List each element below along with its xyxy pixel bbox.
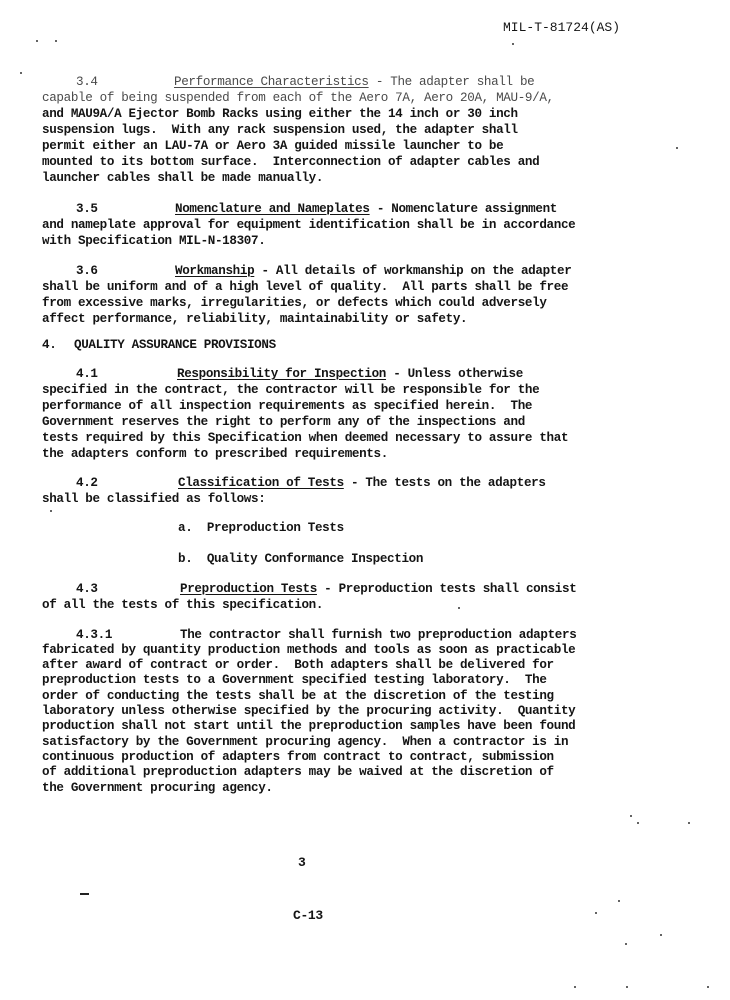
scan-speck bbox=[676, 147, 678, 149]
list-marker: b. bbox=[178, 552, 192, 566]
section-text: production shall not start until the pre… bbox=[42, 719, 575, 734]
scan-speck bbox=[625, 943, 627, 945]
section-text: launcher cables shall be made manually. bbox=[42, 171, 323, 186]
section-text: from excessive marks, irregularities, or… bbox=[42, 296, 547, 311]
section-text: and MAU9A/A Ejector Bomb Racks using eit… bbox=[42, 107, 518, 122]
section-number: 3.4 bbox=[76, 75, 98, 90]
scan-speck bbox=[630, 815, 632, 817]
section-text: of all the tests of this specification. bbox=[42, 598, 323, 613]
section-text: Government reserves the right to perform… bbox=[42, 415, 525, 430]
section-text: - The adapter shall be bbox=[369, 75, 535, 89]
section-number: 4.3 bbox=[76, 582, 98, 597]
section-text: - All details of workmanship on the adap… bbox=[254, 264, 571, 278]
section-text: shall be classified as follows: bbox=[42, 492, 265, 507]
section-text: continuous production of adapters from c… bbox=[42, 750, 554, 765]
section-text: the adapters conform to prescribed requi… bbox=[42, 447, 388, 462]
section-text: - The tests on the adapters bbox=[344, 476, 546, 490]
page-number: 3 bbox=[298, 855, 305, 870]
section-number: 4.2 bbox=[76, 476, 98, 491]
section-text: mounted to its bottom surface. Interconn… bbox=[42, 155, 539, 170]
scan-speck bbox=[637, 822, 639, 824]
section-title: Classification of Tests bbox=[178, 476, 344, 490]
scan-speck bbox=[618, 900, 620, 902]
section-number: 4.1 bbox=[76, 367, 98, 382]
scan-speck bbox=[458, 607, 460, 609]
section-title: Workmanship bbox=[175, 264, 254, 278]
document-id: MIL-T-81724(AS) bbox=[503, 20, 620, 35]
section-title: Preproduction Tests bbox=[180, 582, 317, 596]
section-text: suspension lugs. With any rack suspensio… bbox=[42, 123, 518, 138]
section-text: of additional preproduction adapters may… bbox=[42, 765, 554, 780]
section-text: permit either an LAU-7A or Aero 3A guide… bbox=[42, 139, 503, 154]
appendix-page-number: C-13 bbox=[293, 908, 323, 923]
scan-speck bbox=[50, 510, 52, 512]
section-text: - Preproduction tests shall consist bbox=[317, 582, 576, 596]
scan-mark bbox=[80, 893, 89, 895]
section-title: Responsibility for Inspection bbox=[177, 367, 386, 381]
scan-speck bbox=[20, 72, 22, 74]
section-text: - Unless otherwise bbox=[386, 367, 523, 381]
section-text: and nameplate approval for equipment ide… bbox=[42, 218, 575, 233]
scan-speck bbox=[574, 986, 576, 988]
section-text: tests required by this Specification whe… bbox=[42, 431, 568, 446]
list-item: a. Preproduction Tests bbox=[178, 521, 344, 536]
section-text: satisfactory by the Government procuring… bbox=[42, 735, 568, 750]
section-text: with Specification MIL-N-18307. bbox=[42, 234, 265, 249]
section-text: capable of being suspended from each of … bbox=[42, 91, 554, 106]
scan-speck bbox=[36, 40, 38, 42]
section-number: 4. bbox=[42, 338, 56, 353]
section-text: order of conducting the tests shall be a… bbox=[42, 689, 554, 704]
section-heading: QUALITY ASSURANCE PROVISIONS bbox=[74, 338, 276, 353]
scan-speck bbox=[55, 40, 57, 42]
section-number: 4.3.1 bbox=[76, 628, 112, 643]
scan-speck bbox=[660, 934, 662, 936]
scan-speck bbox=[595, 912, 597, 914]
list-marker: a. bbox=[178, 521, 192, 535]
section-text: The contractor shall furnish two preprod… bbox=[180, 628, 576, 643]
section-text: laboratory unless otherwise specified by… bbox=[42, 704, 575, 719]
section-title: Nomenclature and Nameplates bbox=[175, 202, 370, 216]
section-text: preproduction tests to a Government spec… bbox=[42, 673, 547, 688]
list-text: Quality Conformance Inspection bbox=[207, 552, 423, 566]
section-text: shall be uniform and of a high level of … bbox=[42, 280, 568, 295]
scan-speck bbox=[688, 822, 690, 824]
document-page: MIL-T-81724(AS) 3.4 Performance Characte… bbox=[0, 0, 730, 1000]
section-number: 3.5 bbox=[76, 202, 98, 217]
section-text: performance of all inspection requiremen… bbox=[42, 399, 532, 414]
section-number: 3.6 bbox=[76, 264, 98, 279]
section-text: specified in the contract, the contracto… bbox=[42, 383, 539, 398]
scan-speck bbox=[512, 43, 514, 45]
section-title: Performance Characteristics bbox=[174, 75, 369, 89]
list-text: Preproduction Tests bbox=[207, 521, 344, 535]
section-text: - Nomenclature assignment bbox=[370, 202, 557, 216]
list-item: b. Quality Conformance Inspection bbox=[178, 552, 423, 567]
section-text: fabricated by quantity production method… bbox=[42, 643, 575, 658]
section-text: the Government procuring agency. bbox=[42, 781, 273, 796]
section-text: after award of contract or order. Both a… bbox=[42, 658, 554, 673]
section-text: affect performance, reliability, maintai… bbox=[42, 312, 467, 327]
scan-speck bbox=[626, 986, 628, 988]
scan-speck bbox=[707, 986, 709, 988]
